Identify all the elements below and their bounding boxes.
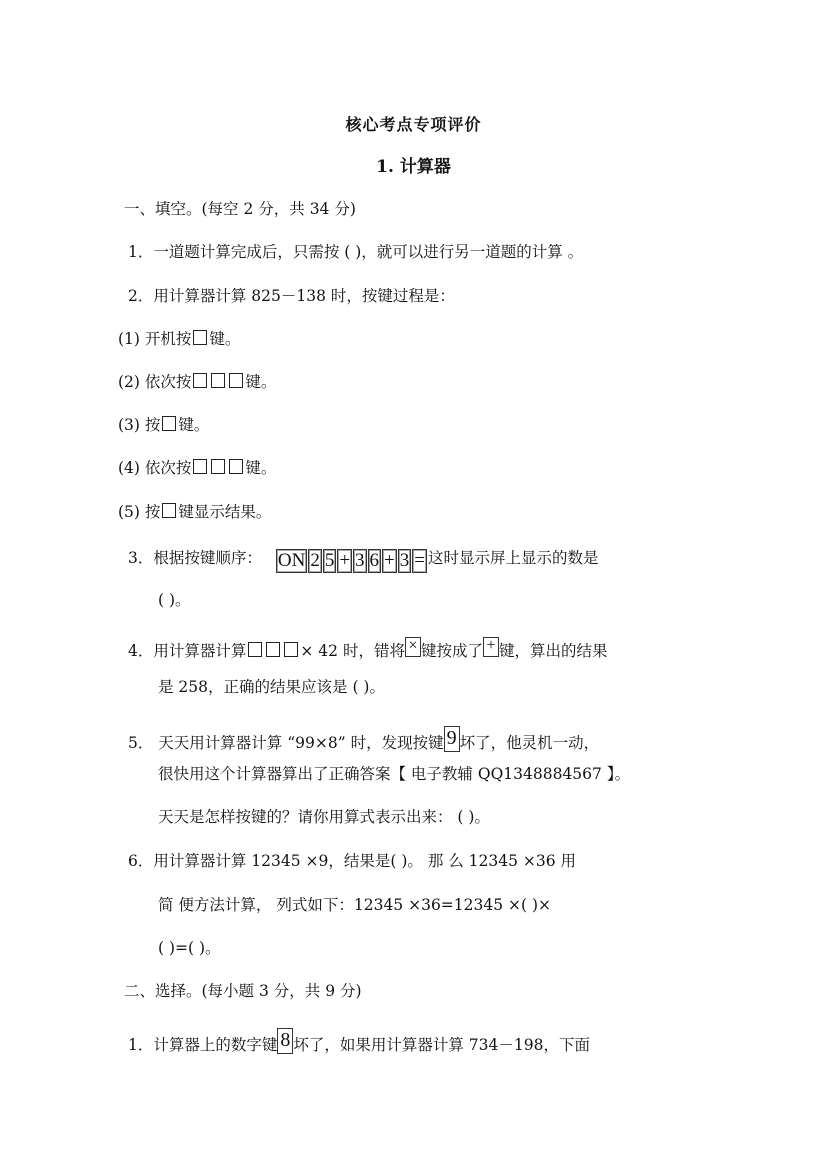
step-suffix: 键。: [245, 459, 276, 477]
key-plus-icon: +: [483, 637, 499, 657]
key-plus-icon: +: [382, 549, 397, 573]
step-suffix: 键显示结果。: [178, 503, 271, 521]
q4-part4: 键，算出的结果: [499, 642, 608, 660]
q2-step-1: (1) 开机按键。: [118, 328, 240, 350]
q4-part3: 键按成了: [421, 642, 483, 660]
answer-box[interactable]: [211, 459, 225, 474]
section2-heading: 二、选择。(每小题 3 分，共 9 分): [124, 980, 362, 1002]
s2q1-part2: 坏了，如果用计算器计算 734－198，下面: [293, 1036, 590, 1054]
answer-box[interactable]: [229, 373, 243, 388]
step-text: (3) 按: [118, 416, 160, 434]
answer-box[interactable]: [162, 503, 176, 518]
step-suffix: 键。: [178, 416, 209, 434]
key-2-icon: 2: [308, 549, 322, 573]
step-text: (1) 开机按: [118, 330, 191, 348]
key-3-icon: 3: [398, 549, 412, 573]
key-9-icon: 9: [444, 726, 460, 752]
step-suffix: 键。: [245, 373, 276, 391]
q5-part1: 5． 天天用计算器计算 “99×8” 时，发现按键: [128, 734, 444, 752]
section-subtitle: 1. 计算器: [0, 152, 827, 177]
s2q1-part1: 1．计算器上的数字键: [128, 1036, 277, 1054]
q2-step-2: (2) 依次按键。: [118, 371, 276, 393]
answer-box[interactable]: [193, 459, 207, 474]
question-1-1: 1．一道题计算完成后，只需按 ( )，就可以进行另一道题的计算 。: [128, 241, 583, 263]
question-1-5: 5． 天天用计算器计算 “99×8” 时，发现按键9坏了，他灵机一动，: [128, 726, 599, 754]
answer-box[interactable]: [162, 416, 176, 431]
answer-box[interactable]: [211, 373, 225, 388]
q2-step-5: (5) 按键显示结果。: [118, 501, 271, 523]
section1-heading: 一、填空。(每空 2 分，共 34 分): [124, 198, 356, 220]
question-1-6-line3: ( )=( )。: [158, 937, 221, 959]
q2-step-4: (4) 依次按键。: [118, 457, 276, 479]
answer-box[interactable]: [266, 642, 280, 657]
q2-step-3: (3) 按键。: [118, 414, 209, 436]
q4-part2: × 42 时，错将: [300, 642, 405, 660]
key-8-icon: 8: [277, 1028, 293, 1054]
question-1-4-line2: 是 258，正确的结果应该是 ( )。: [158, 676, 385, 698]
q5-part2: 坏了，他灵机一动，: [460, 734, 600, 752]
q3-prefix: 3．根据按键顺序：: [128, 549, 262, 567]
answer-box[interactable]: [248, 642, 262, 657]
step-text: (5) 按: [118, 503, 160, 521]
answer-box[interactable]: [229, 459, 243, 474]
answer-box[interactable]: [193, 373, 207, 388]
q3-suffix: 这时显示屏上显示的数是: [428, 549, 599, 567]
question-1-5-line3: 天天是怎样按键的？请你用算式表示出来： ( )。: [158, 806, 490, 828]
question-1-5-line2: 很快用这个计算器算出了正确答案【 电子教辅 QQ1348884567 】。: [158, 763, 630, 785]
key-on-icon: ON: [276, 549, 307, 573]
key-multiply-icon: ×: [405, 637, 421, 657]
key-3-icon: 3: [353, 549, 367, 573]
answer-box[interactable]: [284, 642, 298, 657]
question-2-1: 1．计算器上的数字键8坏了，如果用计算器计算 734－198，下面: [128, 1028, 590, 1056]
step-text: (2) 依次按: [118, 373, 191, 391]
question-1-3: 3．根据按键顺序：ON25+36+3=这时显示屏上显示的数是: [128, 547, 599, 573]
step-suffix: 键。: [209, 330, 240, 348]
key-plus-icon: +: [337, 549, 352, 573]
key-6-icon: 6: [368, 549, 382, 573]
question-1-2-intro: 2．用计算器计算 825－138 时，按键过程是：: [128, 285, 455, 307]
key-equals-icon: =: [412, 549, 427, 573]
step-text: (4) 依次按: [118, 459, 191, 477]
page-title: 核心考点专项评价: [0, 112, 827, 135]
question-1-3-line2: ( )。: [158, 589, 191, 611]
question-1-4: 4．用计算器计算× 42 时，错将×键按成了+键，算出的结果: [128, 637, 607, 662]
answer-box[interactable]: [193, 330, 207, 345]
q4-part1: 4．用计算器计算: [128, 642, 246, 660]
question-1-6-line2: 简 便方法计算， 列式如下：12345 ×36=12345 ×( )×: [158, 894, 551, 916]
question-1-6: 6．用计算器计算 12345 ×9，结果是( )。 那 么 12345 ×36 …: [128, 850, 576, 872]
key-5-icon: 5: [323, 549, 337, 573]
